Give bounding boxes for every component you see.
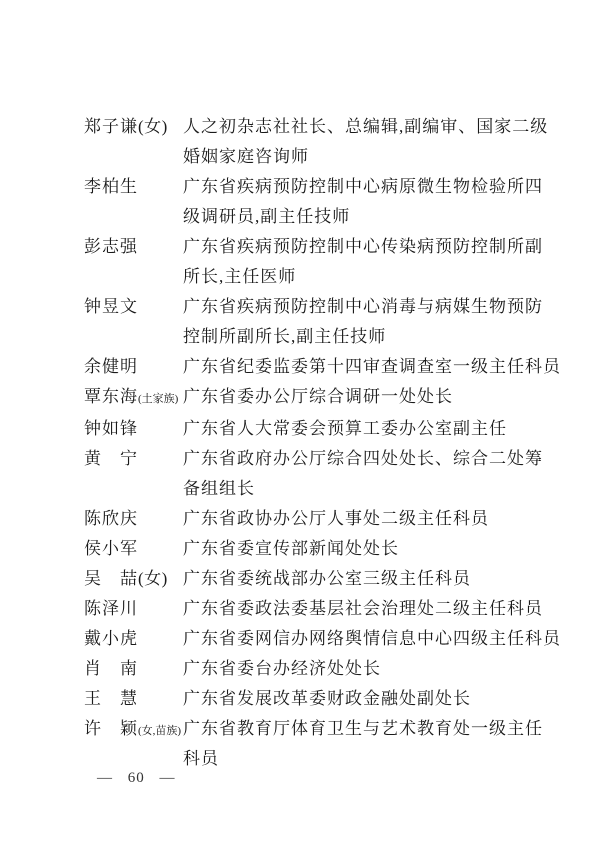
entry-name-text: 陈泽川 xyxy=(84,599,138,618)
entry-name-text: 侯小军 xyxy=(84,539,138,558)
entry-position: 广东省疾病预防控制中心消毒与病媒生物预防 控制所副所长,副主任技师 xyxy=(183,292,584,352)
entry-name: 陈泽川 xyxy=(84,594,183,624)
entry-name-text: 吴 喆 xyxy=(84,569,138,588)
entry-name-text: 许 颖 xyxy=(84,719,138,738)
entry-position: 广东省发展改革委财政金融处副处长 xyxy=(183,684,584,714)
entry-position: 广东省疾病预防控制中心病原微生物检验所四 级调研员,副主任技师 xyxy=(183,172,584,232)
position-line: 广东省人大常委会预算工委办公室副主任 xyxy=(183,414,584,444)
entry-name-text: 钟如锋 xyxy=(84,419,138,438)
entry-name: 戴小虎 xyxy=(84,624,183,654)
entry-name: 黄 宁 xyxy=(84,444,183,474)
entry-position: 广东省委统战部办公室三级主任科员 xyxy=(183,564,584,594)
entry-name-text: 李柏生 xyxy=(84,177,138,196)
entry-row: 肖 南 广东省委台办经济处处长 xyxy=(84,654,584,684)
position-line: 备组组长 xyxy=(183,474,584,504)
position-line: 广东省委宣传部新闻处处长 xyxy=(183,534,584,564)
entry-name-text: 戴小虎 xyxy=(84,629,138,648)
entry-name-text: 郑子谦 xyxy=(84,117,138,136)
entry-row: 郑子谦(女) 人之初杂志社社长、总编辑,副编审、国家二级 婚姻家庭咨询师 xyxy=(84,112,584,172)
position-line: 控制所副所长,副主任技师 xyxy=(183,322,584,352)
position-line: 广东省疾病预防控制中心传染病预防控制所副 xyxy=(183,232,584,262)
entry-row: 钟昱文 广东省疾病预防控制中心消毒与病媒生物预防 控制所副所长,副主任技师 xyxy=(84,292,584,352)
entry-position: 广东省委宣传部新闻处处长 xyxy=(183,534,584,564)
entry-position: 广东省委台办经济处处长 xyxy=(183,654,584,684)
position-line: 广东省委政法委基层社会治理处二级主任科员 xyxy=(183,594,584,624)
position-line: 广东省疾病预防控制中心消毒与病媒生物预防 xyxy=(183,292,584,322)
page-number: — 60 — xyxy=(97,768,176,788)
position-line: 广东省疾病预防控制中心病原微生物检验所四 xyxy=(183,172,584,202)
entry-name-text: 彭志强 xyxy=(84,237,138,256)
entry-name: 余健明 xyxy=(84,352,183,382)
entry-row: 陈欣庆 广东省政协办公厅人事处二级主任科员 xyxy=(84,504,584,534)
position-line: 广东省委统战部办公室三级主任科员 xyxy=(183,564,584,594)
position-line: 广东省纪委监委第十四审查调查室一级主任科员 xyxy=(183,352,584,382)
entry-position: 广东省委政法委基层社会治理处二级主任科员 xyxy=(183,594,584,624)
entry-name-text: 陈欣庆 xyxy=(84,509,138,528)
entry-name-text: 王 慧 xyxy=(84,689,138,708)
entry-name-text: 肖 南 xyxy=(84,659,138,678)
position-line: 科员 xyxy=(183,744,584,774)
entry-position: 广东省人大常委会预算工委办公室副主任 xyxy=(183,414,584,444)
position-line: 广东省委网信办网络舆情信息中心四级主任科员 xyxy=(183,624,584,654)
entry-name: 吴 喆(女) xyxy=(84,564,183,594)
entry-name-text: 黄 宁 xyxy=(84,449,138,468)
entry-name-note: (女) xyxy=(138,117,168,136)
entry-position: 广东省政府办公厅综合四处处长、综合二处筹 备组组长 xyxy=(183,444,584,504)
entry-row: 侯小军 广东省委宣传部新闻处处长 xyxy=(84,534,584,564)
entry-name: 钟昱文 xyxy=(84,292,183,322)
entry-position: 广东省委办公厅综合调研一处处长 xyxy=(183,382,584,412)
entry-name: 陈欣庆 xyxy=(84,504,183,534)
position-line: 广东省教育厅体育卫生与艺术教育处一级主任 xyxy=(183,714,584,744)
entry-position: 广东省教育厅体育卫生与艺术教育处一级主任 科员 xyxy=(183,714,584,774)
entry-name-note: (女,苗族) xyxy=(138,725,181,737)
entry-row: 彭志强 广东省疾病预防控制中心传染病预防控制所副 所长,主任医师 xyxy=(84,232,584,292)
entry-row: 黄 宁 广东省政府办公厅综合四处处长、综合二处筹 备组组长 xyxy=(84,444,584,504)
entry-name: 彭志强 xyxy=(84,232,183,262)
entry-position: 广东省纪委监委第十四审查调查室一级主任科员 xyxy=(183,352,584,382)
roster-list: 郑子谦(女) 人之初杂志社社长、总编辑,副编审、国家二级 婚姻家庭咨询师 李柏生… xyxy=(84,112,584,774)
entry-name-note: (土家族) xyxy=(138,393,178,405)
entry-name: 许 颖(女,苗族) xyxy=(84,714,183,746)
entry-position: 广东省疾病预防控制中心传染病预防控制所副 所长,主任医师 xyxy=(183,232,584,292)
position-line: 人之初杂志社社长、总编辑,副编审、国家二级 xyxy=(183,112,584,142)
position-line: 婚姻家庭咨询师 xyxy=(183,142,584,172)
entry-position: 广东省政协办公厅人事处二级主任科员 xyxy=(183,504,584,534)
document-page: 郑子谦(女) 人之初杂志社社长、总编辑,副编审、国家二级 婚姻家庭咨询师 李柏生… xyxy=(0,0,612,859)
position-line: 广东省委台办经济处处长 xyxy=(183,654,584,684)
position-line: 广东省政协办公厅人事处二级主任科员 xyxy=(183,504,584,534)
entry-position: 广东省委网信办网络舆情信息中心四级主任科员 xyxy=(183,624,584,654)
entry-position: 人之初杂志社社长、总编辑,副编审、国家二级 婚姻家庭咨询师 xyxy=(183,112,584,172)
entry-row: 覃东海(土家族) 广东省委办公厅综合调研一处处长 xyxy=(84,382,584,414)
position-line: 广东省委办公厅综合调研一处处长 xyxy=(183,382,584,412)
entry-row: 吴 喆(女) 广东省委统战部办公室三级主任科员 xyxy=(84,564,584,594)
entry-row: 余健明 广东省纪委监委第十四审查调查室一级主任科员 xyxy=(84,352,584,382)
entry-row: 戴小虎 广东省委网信办网络舆情信息中心四级主任科员 xyxy=(84,624,584,654)
position-line: 广东省发展改革委财政金融处副处长 xyxy=(183,684,584,714)
entry-name: 郑子谦(女) xyxy=(84,112,183,142)
entry-row: 钟如锋 广东省人大常委会预算工委办公室副主任 xyxy=(84,414,584,444)
position-line: 所长,主任医师 xyxy=(183,262,584,292)
entry-name: 肖 南 xyxy=(84,654,183,684)
entry-name: 覃东海(土家族) xyxy=(84,382,183,414)
entry-name: 钟如锋 xyxy=(84,414,183,444)
entry-name-text: 余健明 xyxy=(84,357,138,376)
entry-name-text: 钟昱文 xyxy=(84,297,138,316)
entry-row: 李柏生 广东省疾病预防控制中心病原微生物检验所四 级调研员,副主任技师 xyxy=(84,172,584,232)
position-line: 级调研员,副主任技师 xyxy=(183,202,584,232)
entry-name: 李柏生 xyxy=(84,172,183,202)
entry-name-text: 覃东海 xyxy=(84,387,138,406)
entry-row: 王 慧 广东省发展改革委财政金融处副处长 xyxy=(84,684,584,714)
entry-row: 陈泽川 广东省委政法委基层社会治理处二级主任科员 xyxy=(84,594,584,624)
entry-name: 侯小军 xyxy=(84,534,183,564)
entry-row: 许 颖(女,苗族) 广东省教育厅体育卫生与艺术教育处一级主任 科员 xyxy=(84,714,584,774)
entry-name: 王 慧 xyxy=(84,684,183,714)
position-line: 广东省政府办公厅综合四处处长、综合二处筹 xyxy=(183,444,584,474)
entry-name-note: (女) xyxy=(138,569,168,588)
